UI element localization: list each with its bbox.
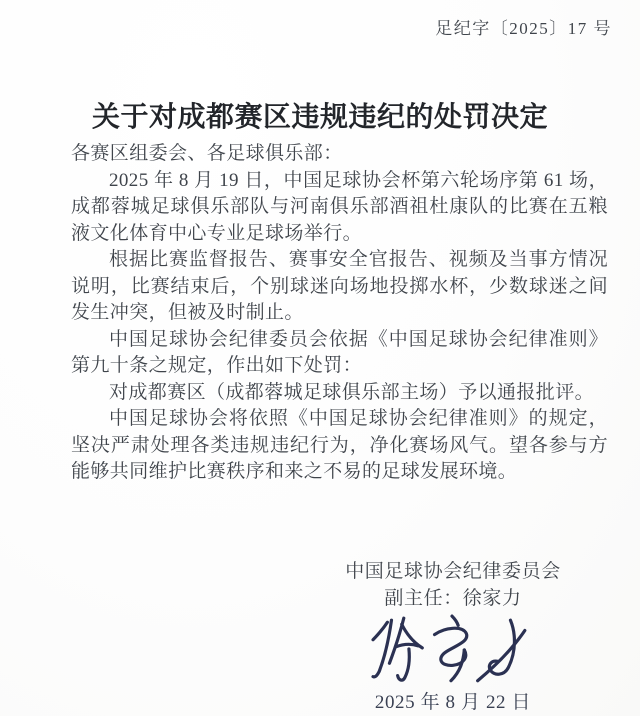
document-title: 关于对成都赛区违规违纪的处罚决定 <box>0 95 640 135</box>
document-body: 各赛区组委会、各足球俱乐部： 2025 年 8 月 19 日，中国足球协会杯第六… <box>71 141 608 486</box>
document-reference-number: 足纪字〔2025〕17 号 <box>435 14 612 39</box>
body-paragraph: 根据比赛监督报告、赛事安全官报告、视频及当事方情况说明，比赛结束后，个别球迷向场… <box>71 247 608 327</box>
body-paragraph: 中国足球协会将依照《中国足球协会纪律准则》的规定，坚决严肃处理各类违规违纪行为，… <box>71 406 608 486</box>
scanned-document-page: 足纪字〔2025〕17 号 关于对成都赛区违规违纪的处罚决定 各赛区组委会、各足… <box>0 0 640 716</box>
signer-title-line: 副主任：徐家力 <box>280 586 626 613</box>
signing-organization: 中国足球协会纪律委员会 <box>280 559 626 586</box>
signature-date: 2025 年 8 月 22 日 <box>280 687 626 714</box>
body-paragraph: 2025 年 8 月 19 日，中国足球协会杯第六轮场序第 61 场，成都蓉城足… <box>71 168 608 248</box>
handwritten-signature <box>363 612 541 692</box>
body-paragraph: 中国足球协会纪律委员会依据《中国足球协会纪律准则》第九十条之规定，作出如下处罚： <box>71 327 608 380</box>
salutation-line: 各赛区组委会、各足球俱乐部： <box>71 141 608 168</box>
signature-strokes-icon <box>363 612 541 692</box>
signature-block: 中国足球协会纪律委员会 副主任：徐家力 <box>280 559 626 612</box>
body-paragraph: 对成都赛区（成都蓉城足球俱乐部主场）予以通报批评。 <box>71 380 608 407</box>
